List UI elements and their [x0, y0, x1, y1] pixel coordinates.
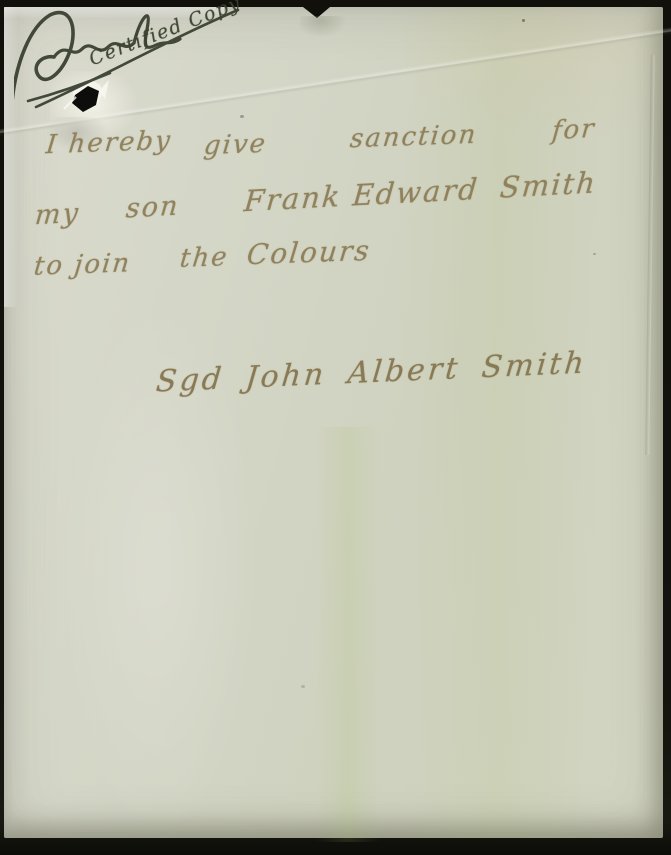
- handwritten-word: Smith: [499, 165, 599, 204]
- paper-stain-top-right: [404, 7, 663, 137]
- handwritten-word: my: [34, 198, 82, 232]
- handwritten-word: Colours: [245, 234, 372, 271]
- handwritten-word: sanction: [348, 120, 478, 155]
- paper-speck: [301, 685, 305, 688]
- handwritten-signature-line: Sgd John Albert Smith: [155, 346, 589, 400]
- handwritten-word: son: [125, 191, 181, 225]
- paper-green-band-center: [316, 427, 380, 842]
- handwritten-word: Frank Edward: [243, 172, 481, 219]
- signature-scribble-ink: [14, 7, 254, 119]
- paper-speck: [593, 253, 596, 255]
- handwritten-word: give: [202, 129, 268, 161]
- vertical-fold-crease: [645, 55, 655, 455]
- scanned-document: Certified Copy I hereby give sanction fo…: [0, 0, 671, 855]
- handwritten-word: the: [178, 242, 230, 274]
- top-edge-tear-notch: [303, 7, 330, 18]
- handwritten-word: to join: [32, 248, 132, 282]
- top-edge-tear-shadow: [300, 16, 346, 38]
- paper-speck: [522, 19, 525, 22]
- handwritten-word: I hereby: [44, 126, 173, 161]
- handwritten-word: for: [551, 114, 597, 146]
- paper-sheet: Certified Copy I hereby give sanction fo…: [4, 7, 663, 838]
